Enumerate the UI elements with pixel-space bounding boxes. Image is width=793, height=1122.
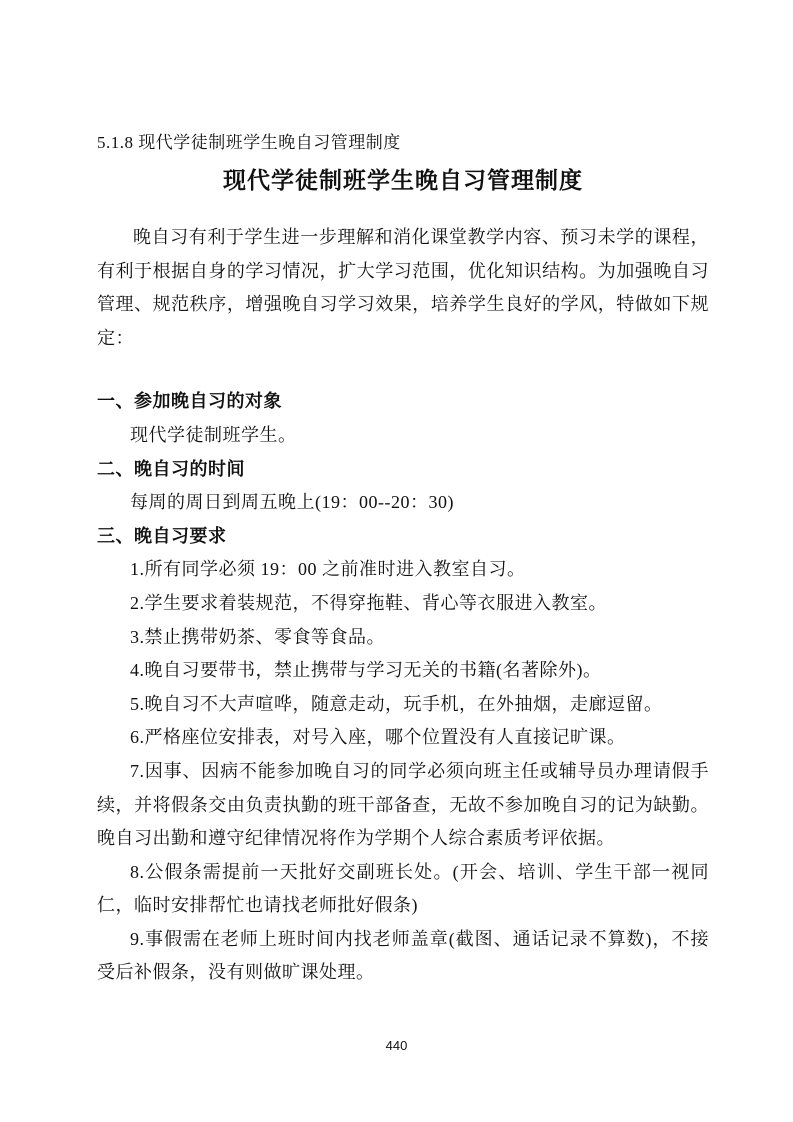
section-paragraph: 2.学生要求着装规范，不得穿拖鞋、背心等衣服进入教室。 [97,587,709,621]
section-paragraph: 4.晚自习要带书，禁止携带与学习无关的书籍(名著除外)。 [97,654,709,688]
intro-paragraph: 晚自习有利于学生进一步理解和消化课堂教学内容、预习未学的课程，有利于根据自身的学… [97,221,709,355]
section-number-heading: 5.1.8 现代学徒制班学生晚自习管理制度 [97,131,709,155]
section-paragraph: 9.事假需在老师上班时间内找老师盖章(截图、通话记录不算数)，不接受后补假条，没… [97,923,709,990]
section-heading: 一、参加晚自习的对象 [97,385,709,419]
section-paragraph: 6.严格座位安排表，对号入座，哪个位置没有人直接记旷课。 [97,721,709,755]
document-page: 5.1.8 现代学徒制班学生晚自习管理制度 现代学徒制班学生晚自习管理制度 晚自… [0,0,793,1122]
page-title: 现代学徒制班学生晚自习管理制度 [97,164,709,196]
section-paragraph: 1.所有同学必须 19：00 之前准时进入教室自习。 [97,553,709,587]
document-section: 二、晚自习的时间每周的周日到周五晚上(19：00--20：30) [97,453,709,520]
section-paragraph: 5.晚自习不大声喧哗，随意走动，玩手机，在外抽烟，走廊逗留。 [97,688,709,722]
section-paragraph: 3.禁止携带奶茶、零食等食品。 [97,621,709,655]
section-paragraph: 现代学徒制班学生。 [97,419,709,453]
section-heading: 三、晚自习要求 [97,520,709,554]
section-paragraph: 7.因事、因病不能参加晚自习的同学必须向班主任或辅导员办理请假手续，并将假条交由… [97,755,709,856]
document-section: 三、晚自习要求1.所有同学必须 19：00 之前准时进入教室自习。2.学生要求着… [97,520,709,990]
sections-container: 一、参加晚自习的对象现代学徒制班学生。二、晚自习的时间每周的周日到周五晚上(19… [97,385,709,990]
document-section: 一、参加晚自习的对象现代学徒制班学生。 [97,385,709,452]
page-number: 440 [0,1038,793,1053]
section-paragraph: 每周的周日到周五晚上(19：00--20：30) [97,486,709,520]
section-paragraph: 8.公假条需提前一天批好交副班长处。(开会、培训、学生干部一视同仁，临时安排帮忙… [97,856,709,923]
section-heading: 二、晚自习的时间 [97,453,709,487]
